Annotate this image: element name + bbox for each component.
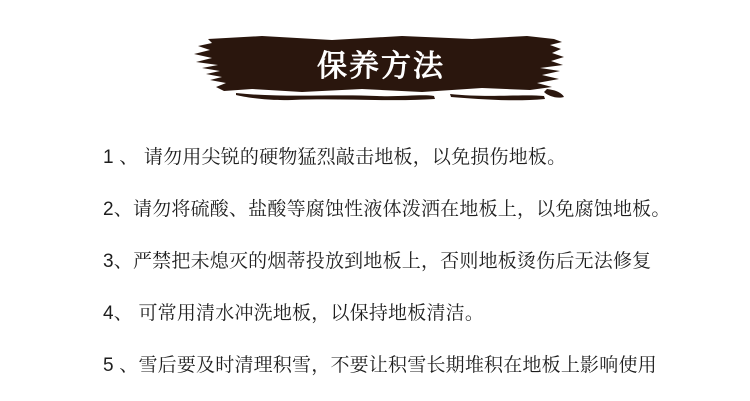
care-instruction-item-4: 4、 可常用清水冲洗地板，以保持地板清洁。 — [103, 303, 723, 325]
brush-smear-right — [450, 94, 545, 100]
care-instruction-item-5: 5 、雪后要及时清理积雪，不要让积雪长期堆积在地板上影响使用 — [103, 355, 723, 377]
care-instruction-item-2: 2、请勿将硫酸、盐酸等腐蚀性液体泼洒在地板上，以免腐蚀地板。 — [103, 199, 723, 221]
section-title: 保养方法 — [192, 35, 570, 91]
care-instruction-item-3: 3、严禁把未熄灭的烟蒂投放到地板上，否则地板烫伤后无法修复 — [103, 251, 723, 273]
maintenance-instructions-page: 保养方法 1 、 请勿用尖锐的硬物猛烈敲击地板，以免损伤地板。 2、请勿将硫酸、… — [0, 0, 750, 401]
care-instructions-list: 1 、 请勿用尖锐的硬物猛烈敲击地板，以免损伤地板。 2、请勿将硫酸、盐酸等腐蚀… — [103, 147, 723, 377]
care-instruction-item-1: 1 、 请勿用尖锐的硬物猛烈敲击地板，以免损伤地板。 — [103, 147, 723, 169]
brush-smear-left — [236, 93, 435, 100]
section-title-banner: 保养方法 — [192, 32, 570, 106]
